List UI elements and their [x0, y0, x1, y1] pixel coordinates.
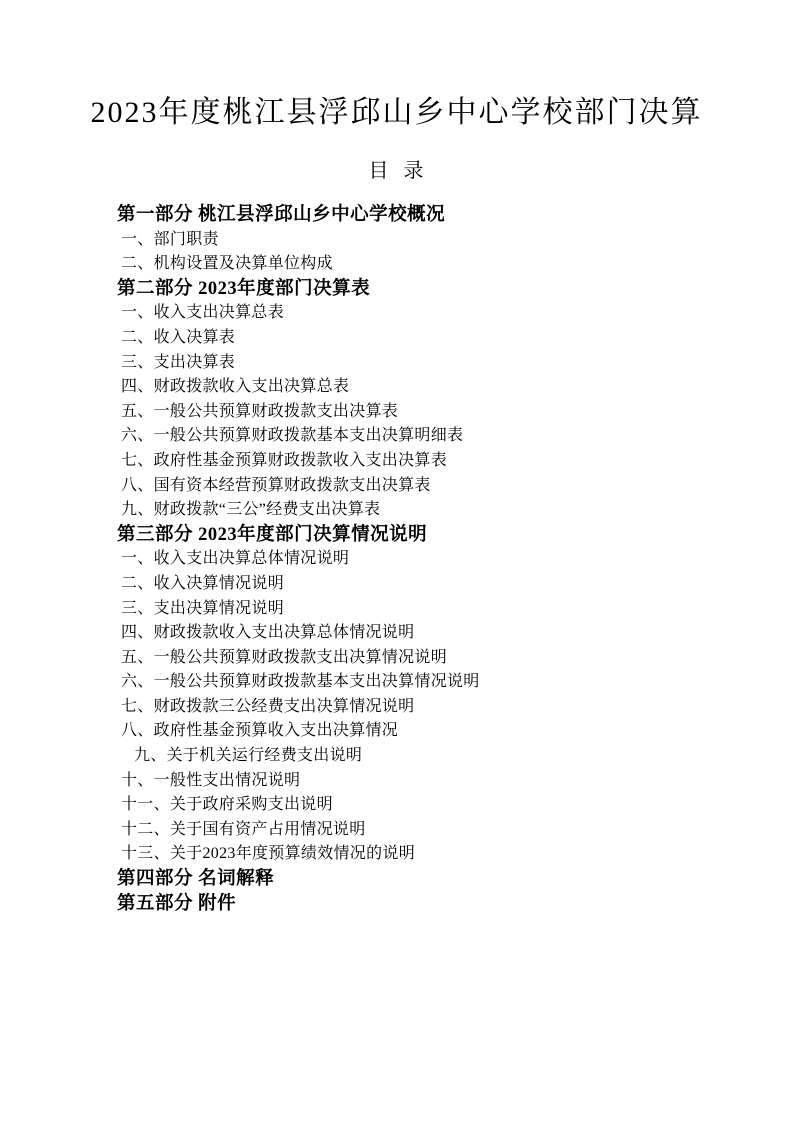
toc-item: 一、部门职责 — [0, 228, 793, 253]
toc-item: 八、国有资本经营预算财政拨款支出决算表 — [0, 474, 793, 499]
toc-item: 二、收入决算表 — [0, 326, 793, 351]
toc-item: 十一、关于政府采购支出说明 — [0, 793, 793, 818]
toc-item: 二、机构设置及决算单位构成 — [0, 252, 793, 277]
toc-section-header: 第五部分 附件 — [0, 892, 793, 917]
toc-item: 一、收入支出决算总体情况说明 — [0, 547, 793, 572]
toc-heading: 目 录 — [0, 158, 793, 184]
toc-item: 九、关于机关运行经费支出说明 — [0, 744, 793, 769]
toc-item: 六、一般公共预算财政拨款基本支出决算情况说明 — [0, 670, 793, 695]
toc-item: 四、财政拨款收入支出决算总体情况说明 — [0, 621, 793, 646]
toc-item: 五、一般公共预算财政拨款支出决算情况说明 — [0, 646, 793, 671]
document-title: 2023年度桃江县浮邱山乡中心学校部门决算 — [0, 0, 793, 131]
toc-item: 三、支出决算表 — [0, 351, 793, 376]
toc-item: 三、支出决算情况说明 — [0, 597, 793, 622]
table-of-contents: 第一部分 桃江县浮邱山乡中心学校概况一、部门职责二、机构设置及决算单位构成第二部… — [0, 203, 793, 916]
toc-item: 二、收入决算情况说明 — [0, 572, 793, 597]
toc-item: 七、财政拨款三公经费支出决算情况说明 — [0, 695, 793, 720]
toc-item: 一、收入支出决算总表 — [0, 301, 793, 326]
toc-item: 八、政府性基金预算收入支出决算情况 — [0, 719, 793, 744]
toc-item: 六、一般公共预算财政拨款基本支出决算明细表 — [0, 424, 793, 449]
toc-item: 十、一般性支出情况说明 — [0, 769, 793, 794]
toc-section-header: 第一部分 桃江县浮邱山乡中心学校概况 — [0, 203, 793, 228]
toc-item: 四、财政拨款收入支出决算总表 — [0, 375, 793, 400]
toc-section-header: 第四部分 名词解释 — [0, 867, 793, 892]
toc-item: 五、一般公共预算财政拨款支出决算表 — [0, 400, 793, 425]
toc-item: 十二、关于国有资产占用情况说明 — [0, 818, 793, 843]
toc-item: 七、政府性基金预算财政拨款收入支出决算表 — [0, 449, 793, 474]
toc-item: 九、财政拨款“三公”经费支出决算表 — [0, 498, 793, 523]
toc-section-header: 第二部分 2023年度部门决算表 — [0, 277, 793, 302]
toc-section-header: 第三部分 2023年度部门决算情况说明 — [0, 523, 793, 548]
document-page: 2023年度桃江县浮邱山乡中心学校部门决算 目 录 第一部分 桃江县浮邱山乡中心… — [0, 0, 793, 1122]
toc-item: 十三、关于2023年度预算绩效情况的说明 — [0, 842, 793, 867]
